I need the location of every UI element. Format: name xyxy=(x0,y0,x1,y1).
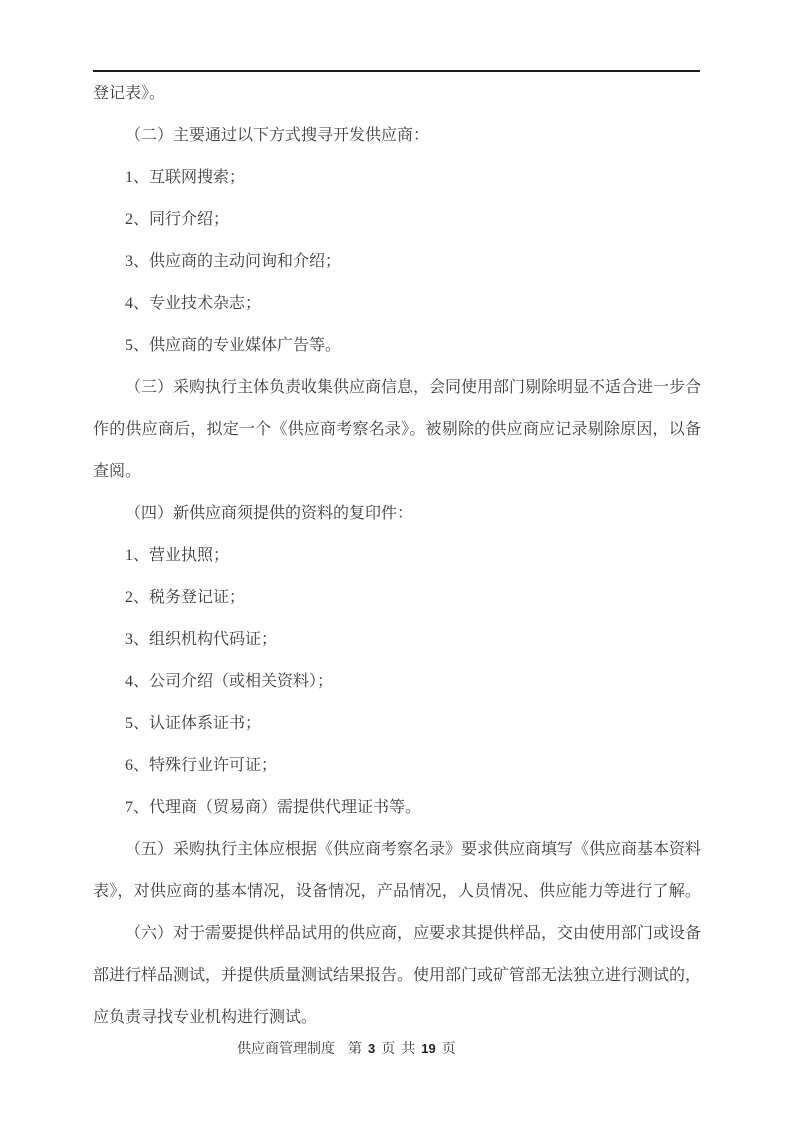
search-method-item-1: 1、互联网搜索； xyxy=(93,157,701,199)
search-method-item-4: 4、专业技术杂志； xyxy=(93,283,701,325)
page-footer: 供应商管理制度 第 3 页 共 19 页 xyxy=(237,1039,456,1057)
para-sample-test-line-1: （六）对于需要提供样品试用的供应商，应要求其提供样品，交由使用部门或设备 xyxy=(93,913,701,955)
doc-line-prev-paragraph-end: 登记表》。 xyxy=(93,73,701,115)
required-doc-item-2: 2、税务登记证； xyxy=(93,577,701,619)
required-doc-item-1: 1、营业执照； xyxy=(93,535,701,577)
search-method-item-2: 2、同行介绍； xyxy=(93,199,701,241)
required-doc-item-7: 7、代理商（贸易商）需提供代理证书等。 xyxy=(93,787,701,829)
para-search-methods-heading: （二）主要通过以下方式搜寻开发供应商： xyxy=(93,115,701,157)
document-page: { "document": { "colors": { "background"… xyxy=(0,0,793,1122)
search-method-item-5: 5、供应商的专业媒体广告等。 xyxy=(93,325,701,367)
required-doc-item-4: 4、公司介绍（或相关资料）； xyxy=(93,661,701,703)
required-doc-item-5: 5、认证体系证书； xyxy=(93,703,701,745)
para-collect-info-line-2: 作的供应商后，拟定一个《供应商考察名录》。被剔除的供应商应记录剔除原因，以备 xyxy=(93,409,701,451)
required-doc-item-3: 3、组织机构代码证； xyxy=(93,619,701,661)
para-new-supplier-docs-heading: （四）新供应商须提供的资料的复印件： xyxy=(93,493,701,535)
footer-page-conjunction: 共 xyxy=(401,1038,415,1058)
para-collect-info-line-3: 查阅。 xyxy=(93,451,701,493)
footer-current-page-number: 3 xyxy=(368,1041,375,1056)
search-method-item-3: 3、供应商的主动问询和介绍； xyxy=(93,241,701,283)
footer-page-info: 第 3 页 共 19 页 xyxy=(348,1038,456,1058)
footer-page-unit: 页 xyxy=(381,1038,395,1058)
para-collect-info-line-1: （三）采购执行主体负责收集供应商信息，会同使用部门剔除明显不适合进一步合 xyxy=(93,367,701,409)
footer-total-page-number: 19 xyxy=(421,1041,435,1056)
footer-doc-title: 供应商管理制度 xyxy=(237,1038,335,1058)
footer-total-page-unit: 页 xyxy=(442,1038,456,1058)
para-basic-info-form-line-1: （五）采购执行主体应根据《供应商考察名录》要求供应商填写《供应商基本资料 xyxy=(93,829,701,871)
header-rule-divider xyxy=(93,70,700,72)
document-body: 登记表》。 （二）主要通过以下方式搜寻开发供应商： 1、互联网搜索； 2、同行介… xyxy=(93,73,701,1039)
footer-page-prefix: 第 xyxy=(348,1038,362,1058)
required-doc-item-6: 6、特殊行业许可证； xyxy=(93,745,701,787)
para-sample-test-line-2: 部进行样品测试，并提供质量测试结果报告。使用部门或矿管部无法独立进行测试的， xyxy=(93,955,701,997)
para-sample-test-line-3: 应负责寻找专业机构进行测试。 xyxy=(93,997,701,1039)
para-basic-info-form-line-2: 表》，对供应商的基本情况，设备情况，产品情况，人员情况、供应能力等进行了解。 xyxy=(93,871,701,913)
page: 登记表》。 （二）主要通过以下方式搜寻开发供应商： 1、互联网搜索； 2、同行介… xyxy=(0,0,793,1122)
